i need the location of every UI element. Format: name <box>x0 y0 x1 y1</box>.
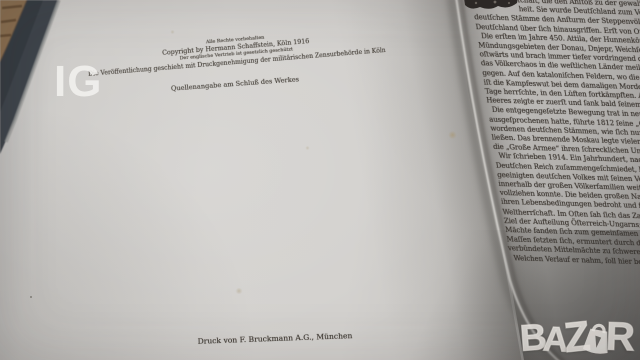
bazar-letter: R <box>605 317 635 358</box>
paper-speck <box>30 296 32 298</box>
book-photo: Alle Rechte vorbehaltenCopyright by Herm… <box>0 0 640 360</box>
source-note: Quellenangabe am Schluß des Werkes <box>120 72 350 97</box>
seller-watermark: IG <box>54 60 102 104</box>
foxing-stain <box>235 288 243 294</box>
foxing-stain <box>170 30 175 34</box>
printer-line: Druck von F. Bruckmann A.G., München <box>150 329 400 347</box>
bazar-logo: B A Z R <box>520 294 640 356</box>
foxing-stain <box>305 146 310 150</box>
